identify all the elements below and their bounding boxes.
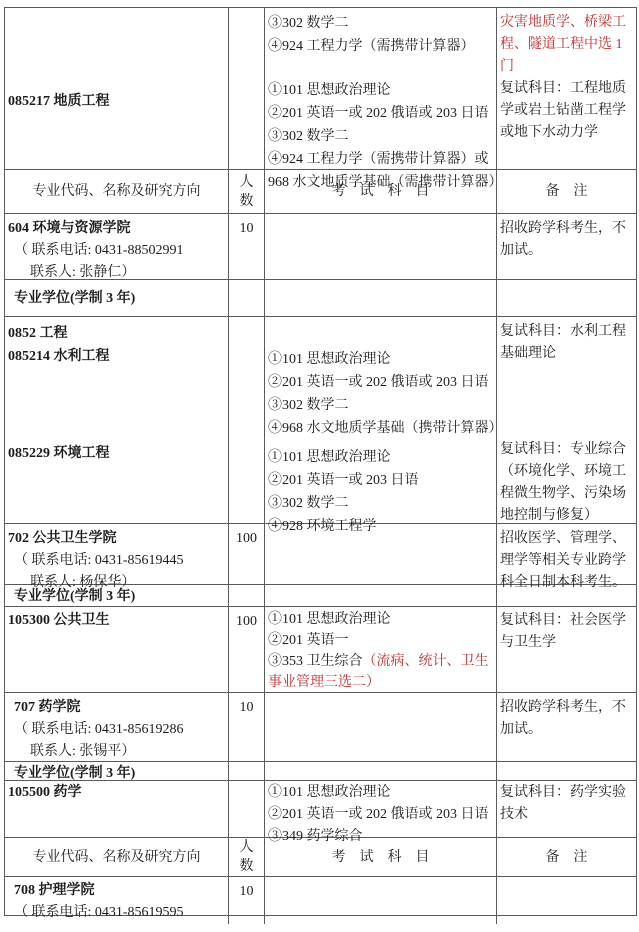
enrollment-count-cell [229,317,265,538]
header-enrollment-count-char2: 数 [240,857,254,876]
exam-subject-line: ④968 水文地质学基础（携带计算器） [268,417,493,440]
major-name: 085229 环境工程 [8,442,225,465]
exam-subjects-cell [265,585,497,608]
header-exam-subjects: 考 试 科 目 [265,170,497,213]
exam-subject-line: ①101 思想政治理论 [268,609,493,630]
exam-subject-line: ④924 工程力学（需携带计算器）或 [268,148,493,171]
exam-subjects-group-085214: ①101 思想政治理论 ②201 英语一或 202 俄语或 203 日语 ③30… [268,348,493,440]
enrollment-count: 10 [229,877,265,924]
category-name: 0852 工程 [8,322,225,345]
exam-subjects-cell: ③302 数学二 ④924 工程力学（需携带计算器） ①101 思想政治理论 ②… [265,8,497,194]
college-name: 604 环境与资源学院 [8,218,225,240]
header-remark: 备 注 [497,170,636,213]
remark-cell: 复试科目：社会医学与卫生学 [497,607,636,693]
exam-subject-line: ①101 思想政治理论 [268,446,493,469]
college-phone: （ 联系电话: 0431-85619445 [8,550,225,572]
major-name-cell: 0852 工程 085214 水利工程 085229 环境工程 [5,317,229,538]
exam-subject-line: ④924 工程力学（需携带计算器） [268,35,493,58]
remark-cell: 招收跨学科考生，不加试。 [497,693,636,763]
exam-subject-line: ①101 思想政治理论 [268,782,493,804]
college-info-cell: 708 护理学院 （ 联系电话: 0431-85619595 [5,877,229,924]
college-info-cell: 702 公共卫生学院 （ 联系电话: 0431-85619445 联系人: 杨保… [5,524,229,594]
exam-subject-line: ③302 数学二 [268,394,493,417]
row-702-college: 702 公共卫生学院 （ 联系电话: 0431-85619445 联系人: 杨保… [5,524,636,585]
enrollment-count: 100 [229,607,265,693]
exam-subject-line: ③353 卫生综合（流病、统计、卫生事业管理三选二） [268,651,493,693]
header-exam-subjects: 考 试 科 目 [265,838,497,876]
college-phone: （ 联系电话: 0431-85619595 [8,902,225,924]
header-enrollment-count-char2: 数 [240,192,254,211]
header-major-code: 专业代码、名称及研究方向 [5,838,229,876]
row-0852-engineering-block: 0852 工程 085214 水利工程 085229 环境工程 ①101 思想政… [5,317,636,524]
enrollment-count: 10 [229,214,265,284]
remark-cell [497,280,636,316]
exam-subject-black-part: ③353 卫生综合 [268,654,363,669]
row-604-college: 604 环境与资源学院 （ 联系电话: 0431-88502991 联系人: 张… [5,214,636,280]
college-name: 707 药学院 [8,697,225,719]
exam-subject-line: ②201 英语一或 202 俄语或 203 日语 [268,804,493,826]
college-phone: （ 联系电话: 0431-85619286 [8,719,225,741]
remark-cell: 复试科目：水利工程基础理论 复试科目：专业综合（环境化学、环境工程微生物学、污染… [497,317,636,538]
major-name: 085217 地质工程 [8,90,110,113]
row-105500-pharmacy: 105500 药学 ①101 思想政治理论 ②201 英语一或 202 俄语或 … [5,781,636,838]
row-professional-degree: 专业学位(学制 3 年) [5,585,636,607]
admissions-subjects-table: 085217 地质工程 ③302 数学二 ④924 工程力学（需携带计算器） ①… [4,7,637,916]
row-085217-geological-engineering: 085217 地质工程 ③302 数学二 ④924 工程力学（需携带计算器） ①… [5,8,636,170]
degree-label: 专业学位(学制 3 年) [8,585,135,608]
remark-retest-subjects: 复试科目：水利工程基础理论 [500,321,633,365]
exam-subjects-cell: ①101 思想政治理论 ②201 英语一 ③353 卫生综合（流病、统计、卫生事… [265,607,497,693]
header-remark: 备 注 [497,838,636,876]
row-professional-degree: 专业学位(学制 3 年) [5,280,636,317]
header-enrollment-count-char1: 人 [240,173,254,192]
table-header-row: 专业代码、名称及研究方向 人 数 考 试 科 目 备 注 [5,170,636,214]
college-info-cell: 604 环境与资源学院 （ 联系电话: 0431-88502991 联系人: 张… [5,214,229,284]
college-contact-person: 联系人: 张锡平） [8,741,225,763]
major-name: 105300 公共卫生 [8,610,225,632]
exam-subject-line: ②201 英语一或 202 俄语或 203 日语 [268,371,493,394]
row-707-college: 707 药学院 （ 联系电话: 0431-85619286 联系人: 张锡平） … [5,693,636,762]
enrollment-count: 10 [229,693,265,763]
row-professional-degree: 专业学位(学制 3 年) [5,762,636,781]
table-header-row: 专业代码、名称及研究方向 人 数 考 试 科 目 备 注 [5,838,636,877]
exam-subject-line: ①101 思想政治理论 [268,79,493,102]
exam-subject-line: ②201 英语一或 203 日语 [268,469,493,492]
remark-retest-subjects: 复试科目：工程地质学或岩土钻凿工程学或地下水动力学 [500,78,633,144]
college-name: 708 护理学院 [8,880,225,902]
exam-subject-line: ③302 数学二 [268,492,493,515]
exam-subjects-cell [265,877,497,924]
exam-subjects-cell [265,524,497,594]
remark-cell: 招收跨学科考生，不加试。 [497,214,636,284]
major-name-cell: 085217 地质工程 [5,8,229,194]
header-enrollment-count: 人 数 [229,838,265,876]
row-708-college: 708 护理学院 （ 联系电话: 0431-85619595 10 [5,877,636,916]
college-info-cell: 707 药学院 （ 联系电话: 0431-85619286 联系人: 张锡平） [5,693,229,763]
enrollment-count-cell [229,280,265,316]
remark-cell [497,585,636,608]
remark-retest-subjects: 复试科目：专业综合（环境化学、环境工程微生物学、污染场地控制与修复） [500,439,633,527]
major-name: 105500 药学 [8,782,225,804]
college-name: 702 公共卫生学院 [8,528,225,550]
exam-subjects-cell [265,693,497,763]
header-major-code: 专业代码、名称及研究方向 [5,170,229,213]
exam-subject-line: ②201 英语一 [268,630,493,651]
college-phone: （ 联系电话: 0431-88502991 [8,240,225,262]
header-enrollment-count-char1: 人 [240,838,254,857]
remark-cell [497,877,636,924]
exam-subject-line: ①101 思想政治理论 [268,348,493,371]
enrollment-count-cell [229,8,265,194]
major-name: 085214 水利工程 [8,345,225,368]
header-enrollment-count: 人 数 [229,170,265,213]
major-name-cell: 105300 公共卫生 [5,607,229,693]
exam-subject-line: ③302 数学二 [268,125,493,148]
exam-subjects-cell [265,214,497,284]
remark-elective-note: 灾害地质学、桥梁工程、隧道工程中选 1 门 [500,12,633,78]
exam-subjects-previous-group: ③302 数学二 ④924 工程力学（需携带计算器） [268,12,493,58]
remark-cell: 招收医学、管理学、理学等相关专业跨学科全日制本科考生。 [497,524,636,594]
exam-subjects-cell: ①101 思想政治理论 ②201 英语一或 202 俄语或 203 日语 ③30… [265,317,497,538]
remark-cell: 灾害地质学、桥梁工程、隧道工程中选 1 门 复试科目：工程地质学或岩土钻凿工程学… [497,8,636,194]
row-105300-public-health: 105300 公共卫生 100 ①101 思想政治理论 ②201 英语一 ③35… [5,607,636,693]
enrollment-count-cell [229,585,265,608]
exam-subject-line: ③302 数学二 [268,12,493,35]
degree-label: 专业学位(学制 3 年) [8,287,135,310]
degree-label-cell: 专业学位(学制 3 年) [5,280,229,316]
degree-label-cell: 专业学位(学制 3 年) [5,585,229,608]
exam-subjects-cell [265,280,497,316]
exam-subject-line: ②201 英语一或 202 俄语或 203 日语 [268,102,493,125]
enrollment-count: 100 [229,524,265,594]
